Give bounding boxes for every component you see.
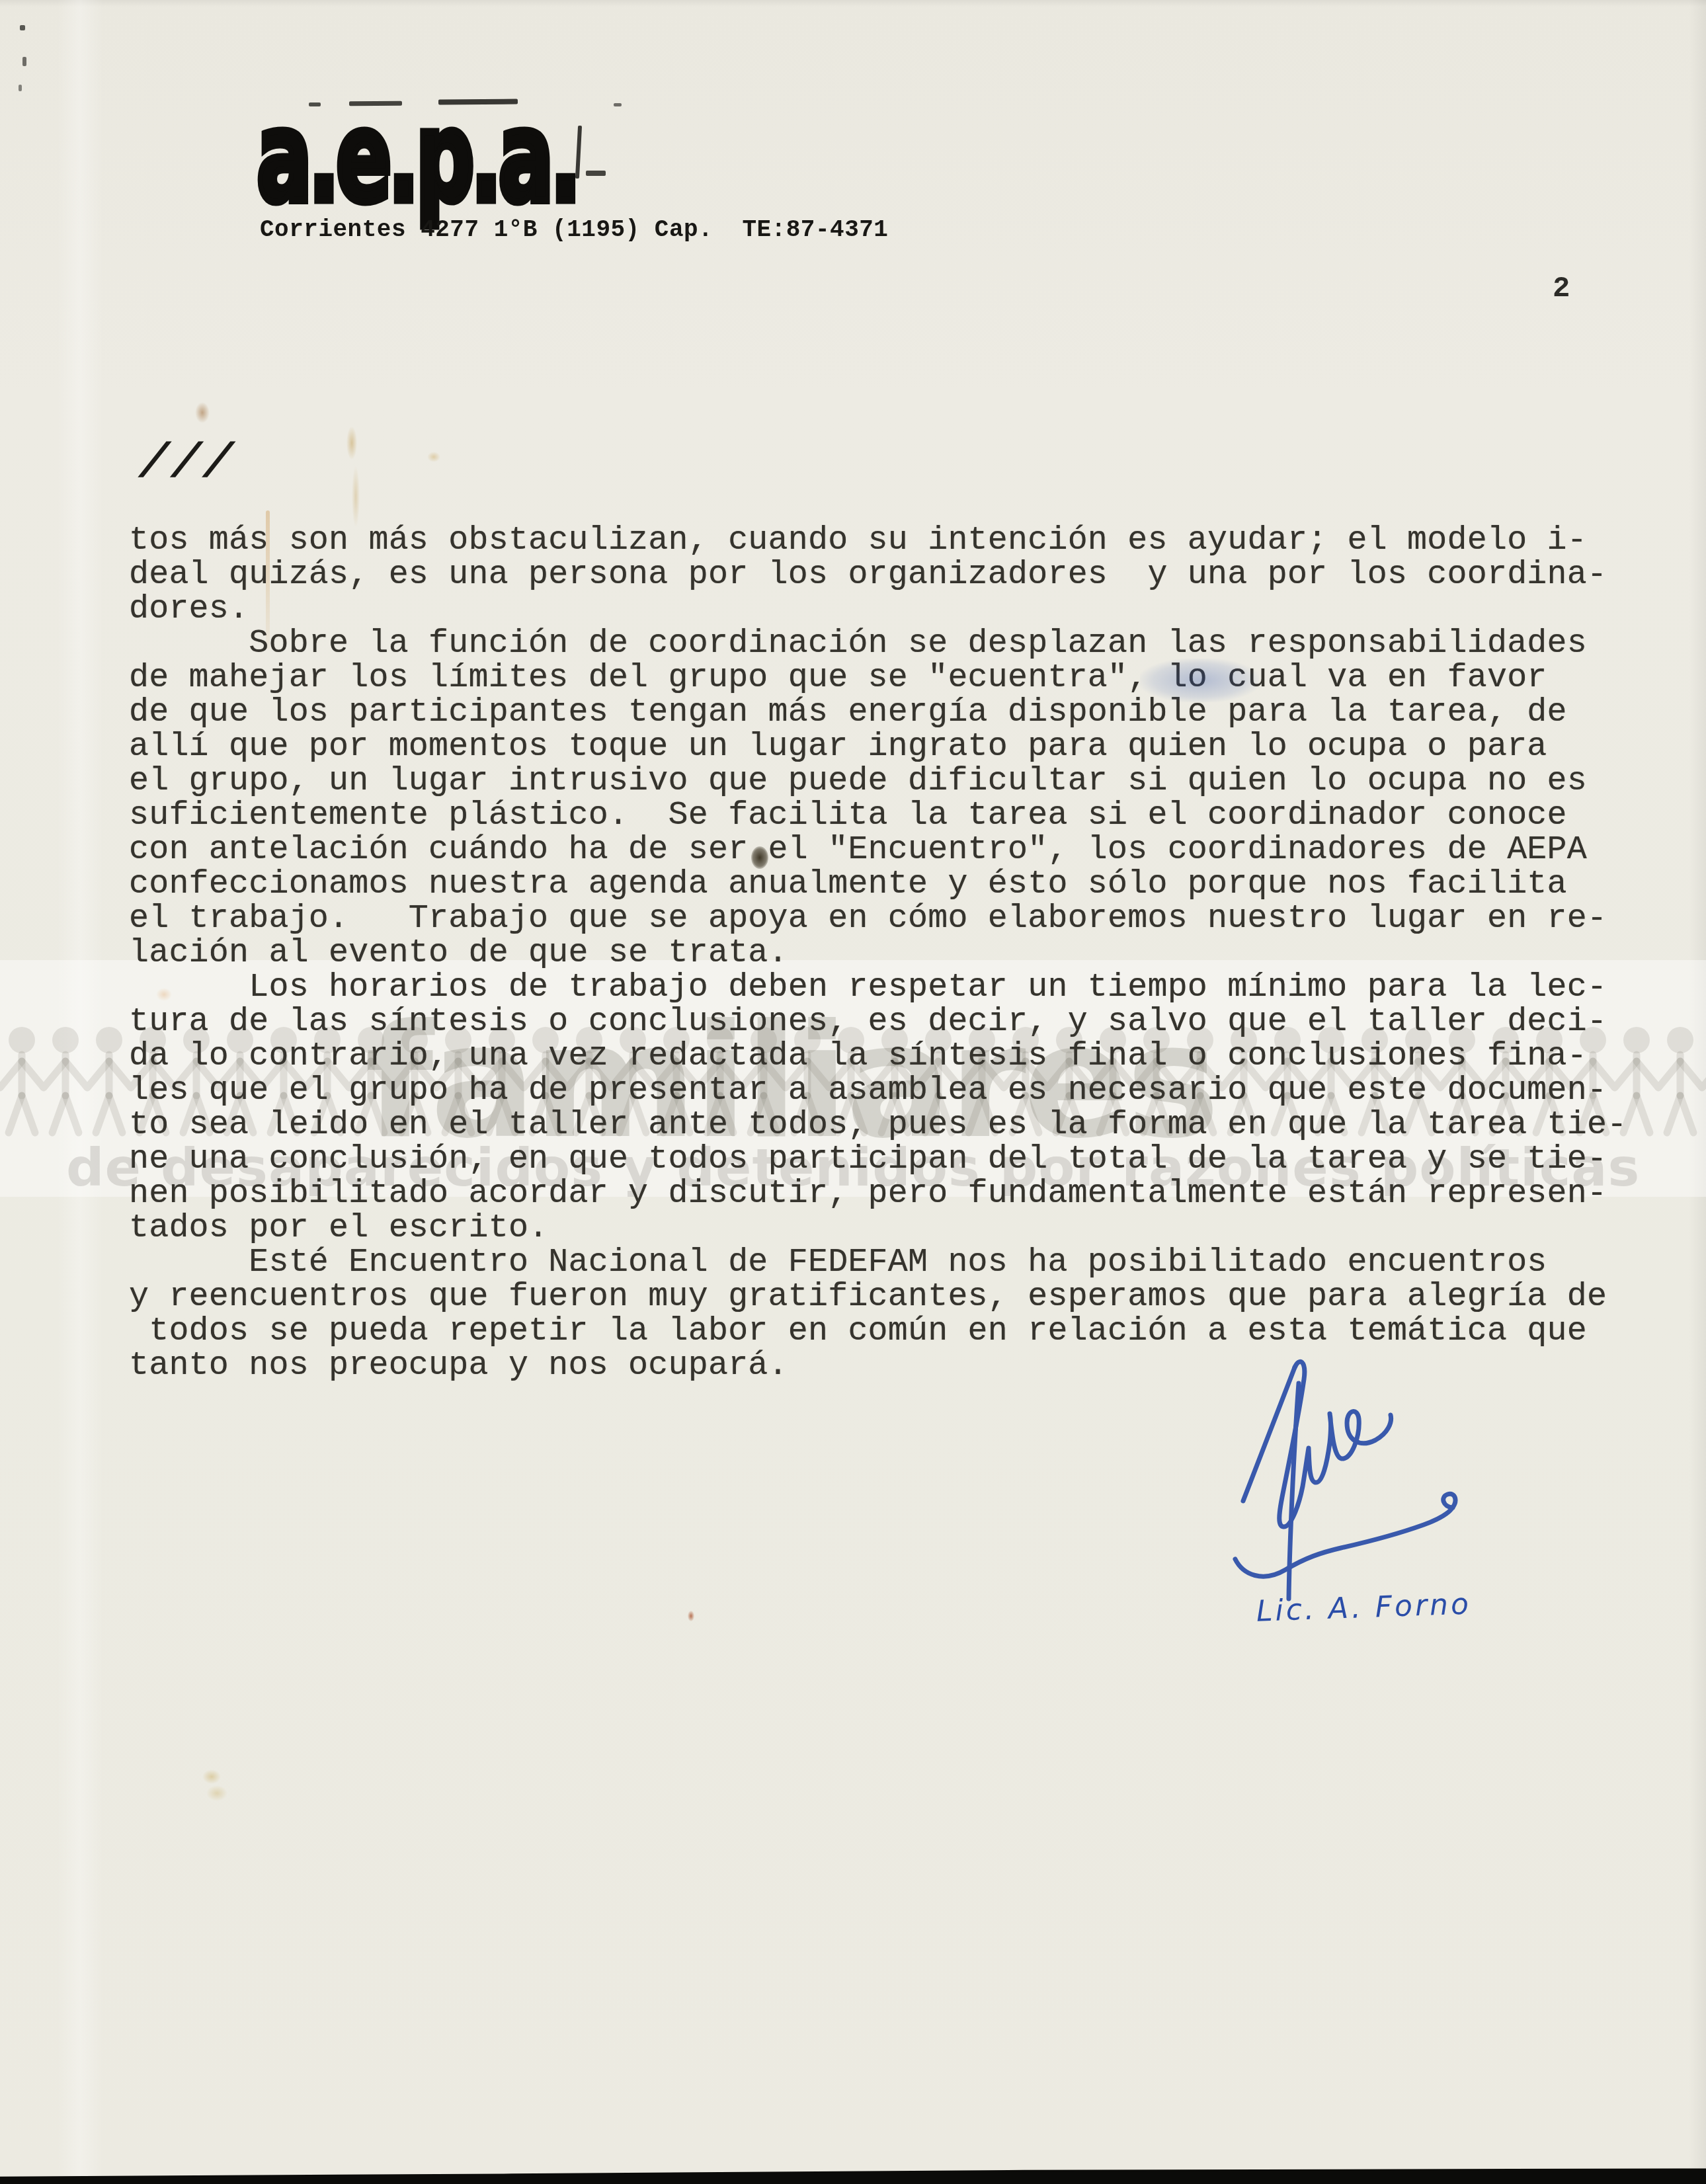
stain xyxy=(688,1611,694,1621)
body-line: allí que por momentos toque un lugar ing… xyxy=(129,730,1627,764)
signature-stroke xyxy=(1235,1361,1455,1599)
body-line: deal quizás, es una persona por los orga… xyxy=(129,558,1627,592)
scan-speck xyxy=(20,25,25,30)
body-line: y reencuentros que fueron muy gratifican… xyxy=(129,1280,1627,1314)
stain xyxy=(206,1785,227,1801)
body-line: Esté Encuentro Nacional de FEDEFAM nos h… xyxy=(129,1246,1627,1280)
body-line: to sea leido en el taller ante todos, pu… xyxy=(129,1108,1627,1143)
body-line: les que el grupo ha de presentar a asamb… xyxy=(129,1074,1627,1108)
scan-speck xyxy=(22,57,26,66)
blue-ink-correction xyxy=(1140,659,1259,702)
scan-dash xyxy=(349,101,402,106)
body-line: nen posibilitado acordar y discutir, per… xyxy=(129,1177,1627,1211)
body-line: ne una conclusión, en que todos particip… xyxy=(129,1143,1627,1177)
body-line: confeccionamos nuestra agenda anualmente… xyxy=(129,868,1627,902)
ink-blot xyxy=(751,846,768,869)
body-line: tura de las síntesis o conclusiones, es … xyxy=(129,1005,1627,1039)
scan-dash xyxy=(614,103,622,106)
body-line: el grupo, un lugar intrusivo que puede d… xyxy=(129,764,1627,799)
body-line: de mahejar los límites del grupo que se … xyxy=(129,661,1627,696)
body-line: Los horarios de trabajo deben respetar u… xyxy=(129,971,1627,1005)
scanned-document-page: a.e.p.a. Corrientes 4277 1°B (1195) Cap.… xyxy=(0,0,1706,2184)
body-line: lación al evento de que se trata. xyxy=(129,936,1627,971)
signature-caption: Lic. A. Forno xyxy=(1256,1587,1472,1628)
signature xyxy=(1225,1357,1463,1608)
scan-bottom-bar xyxy=(0,2147,1706,2184)
scan-edge-top xyxy=(0,0,1706,7)
body-line: el trabajo. Trabajo que se apoya en cómo… xyxy=(129,902,1627,936)
body-text: tos más son más obstaculizan, cuando su … xyxy=(129,524,1627,1383)
body-line: tados por el escrito. xyxy=(129,1211,1627,1246)
scan-dash xyxy=(309,102,321,106)
stain xyxy=(352,466,360,527)
body-line: de que los participantes tengan más ener… xyxy=(129,696,1627,730)
body-line: con antelación cuándo ha de ser el "Encu… xyxy=(129,833,1627,868)
stain xyxy=(202,1769,221,1784)
scan-dash xyxy=(438,99,518,104)
body-line: suficientemente plástico. Se facilita la… xyxy=(129,799,1627,833)
body-line: tos más son más obstaculizan, cuando su … xyxy=(129,524,1627,558)
body-line: da lo contrario, una vez redactada la sí… xyxy=(129,1039,1627,1074)
body-line: todos se pueda repetir la labor en común… xyxy=(129,1314,1627,1349)
stain xyxy=(346,426,357,460)
body-line: dores. xyxy=(129,592,1627,627)
scan-dash xyxy=(586,171,606,176)
aepa-logo: a.e.p.a. xyxy=(257,85,577,229)
scan-speck xyxy=(19,85,22,91)
stain xyxy=(427,452,440,462)
continuation-mark: /// xyxy=(132,436,242,492)
body-line: Sobre la función de coordinación se desp… xyxy=(129,627,1627,661)
stain xyxy=(195,402,210,423)
address-line: Corrientes 4277 1°B (1195) Cap. TE:87-43… xyxy=(260,216,888,243)
page-number: 2 xyxy=(1553,272,1570,305)
